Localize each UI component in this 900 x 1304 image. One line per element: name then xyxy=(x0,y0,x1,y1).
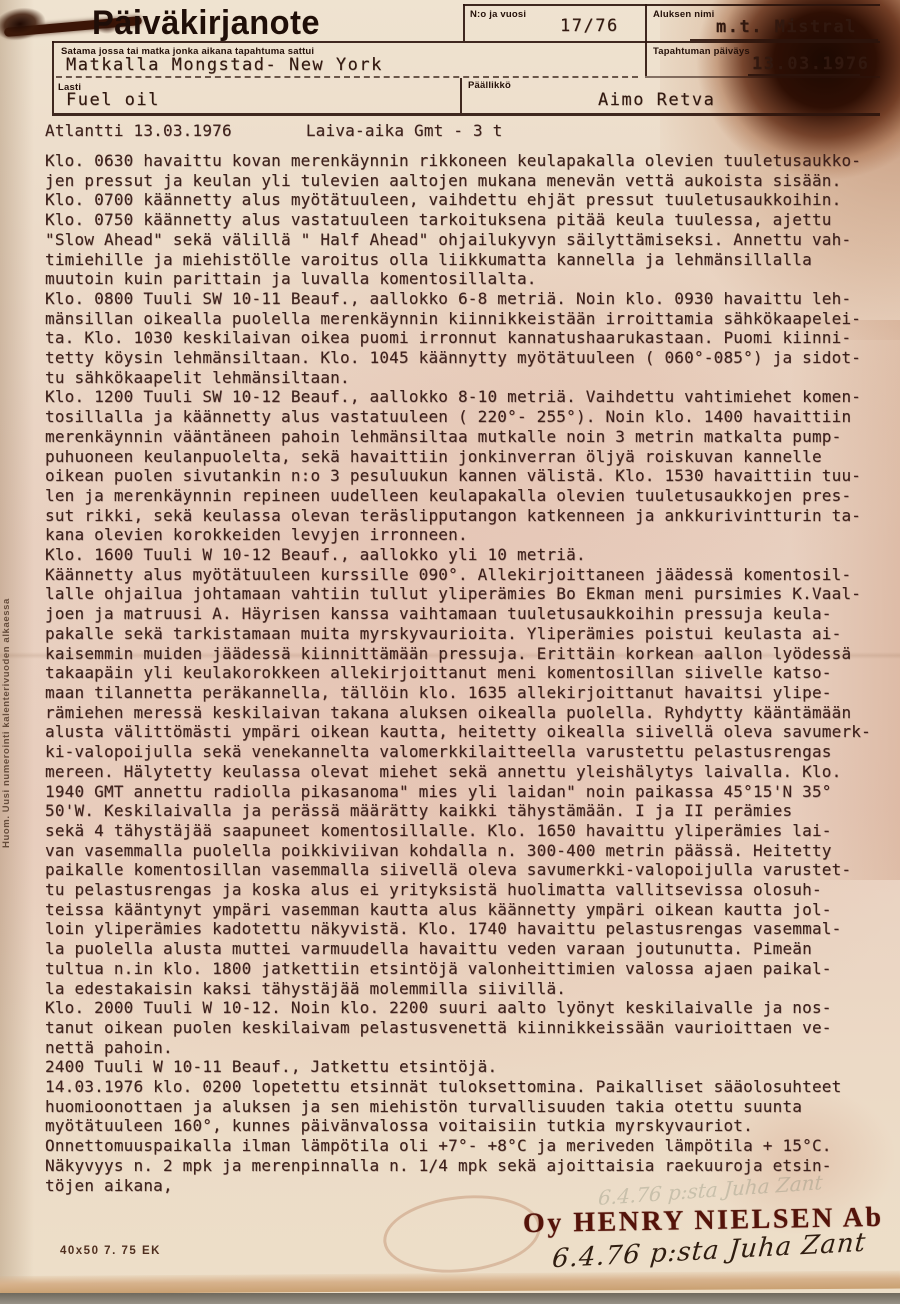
header-line-bottom xyxy=(52,113,880,116)
header-line-row2 xyxy=(52,41,880,43)
field-value-ship-name: m.t. Mistral xyxy=(716,17,857,37)
log-body-text: Klo. 0630 havaittu kovan merenkäynnin ri… xyxy=(45,151,885,1195)
field-value-event-date: 13.03.1976 xyxy=(752,54,869,74)
faint-round-stamp xyxy=(379,1188,544,1280)
header-divider-ship xyxy=(645,4,647,76)
scan-background-strip xyxy=(0,1293,900,1304)
bottom-paper-edge xyxy=(0,1271,900,1294)
dateline-location-date: Atlantti 13.03.1976 xyxy=(45,121,232,140)
header-divider-master xyxy=(460,78,462,113)
header-left-border xyxy=(52,41,54,113)
form-print-code: 40x50 7. 75 EK xyxy=(60,1245,161,1257)
field-value-cargo: Fuel oil xyxy=(66,90,160,110)
field-label-master: Päällikkö xyxy=(468,80,511,91)
field-label-ship-name: Aluksen nimi xyxy=(653,9,715,20)
header-underline-date xyxy=(748,74,860,76)
header-line-date-row xyxy=(645,76,880,78)
field-value-number-year: 17/76 xyxy=(560,16,619,36)
form-title: Päiväkirjanote xyxy=(92,4,320,43)
field-label-event-date: Tapahtuman päiväys xyxy=(653,46,750,57)
logbook-note-page: Päiväkirjanote N:o ja vuosi 17/76 Alukse… xyxy=(0,0,900,1304)
field-value-voyage: Matkalla Mongstad- New York xyxy=(66,55,383,75)
header-divider-no xyxy=(463,4,465,41)
top-left-ink-blot xyxy=(0,4,48,45)
field-value-master: Aimo Retva xyxy=(598,90,715,110)
margin-note: Huom. Uusi numerointi kalenterivuoden al… xyxy=(1,448,12,848)
header-underline-voyage xyxy=(56,76,638,78)
dateline-ship-time: Laiva-aika Gmt - 3 t xyxy=(306,121,503,140)
header-line-top xyxy=(463,4,880,6)
header-underline-ship xyxy=(690,39,878,41)
field-label-number-year: N:o ja vuosi xyxy=(470,9,526,20)
dateline: Atlantti 13.03.1976 Laiva-aika Gmt - 3 t xyxy=(45,121,879,140)
